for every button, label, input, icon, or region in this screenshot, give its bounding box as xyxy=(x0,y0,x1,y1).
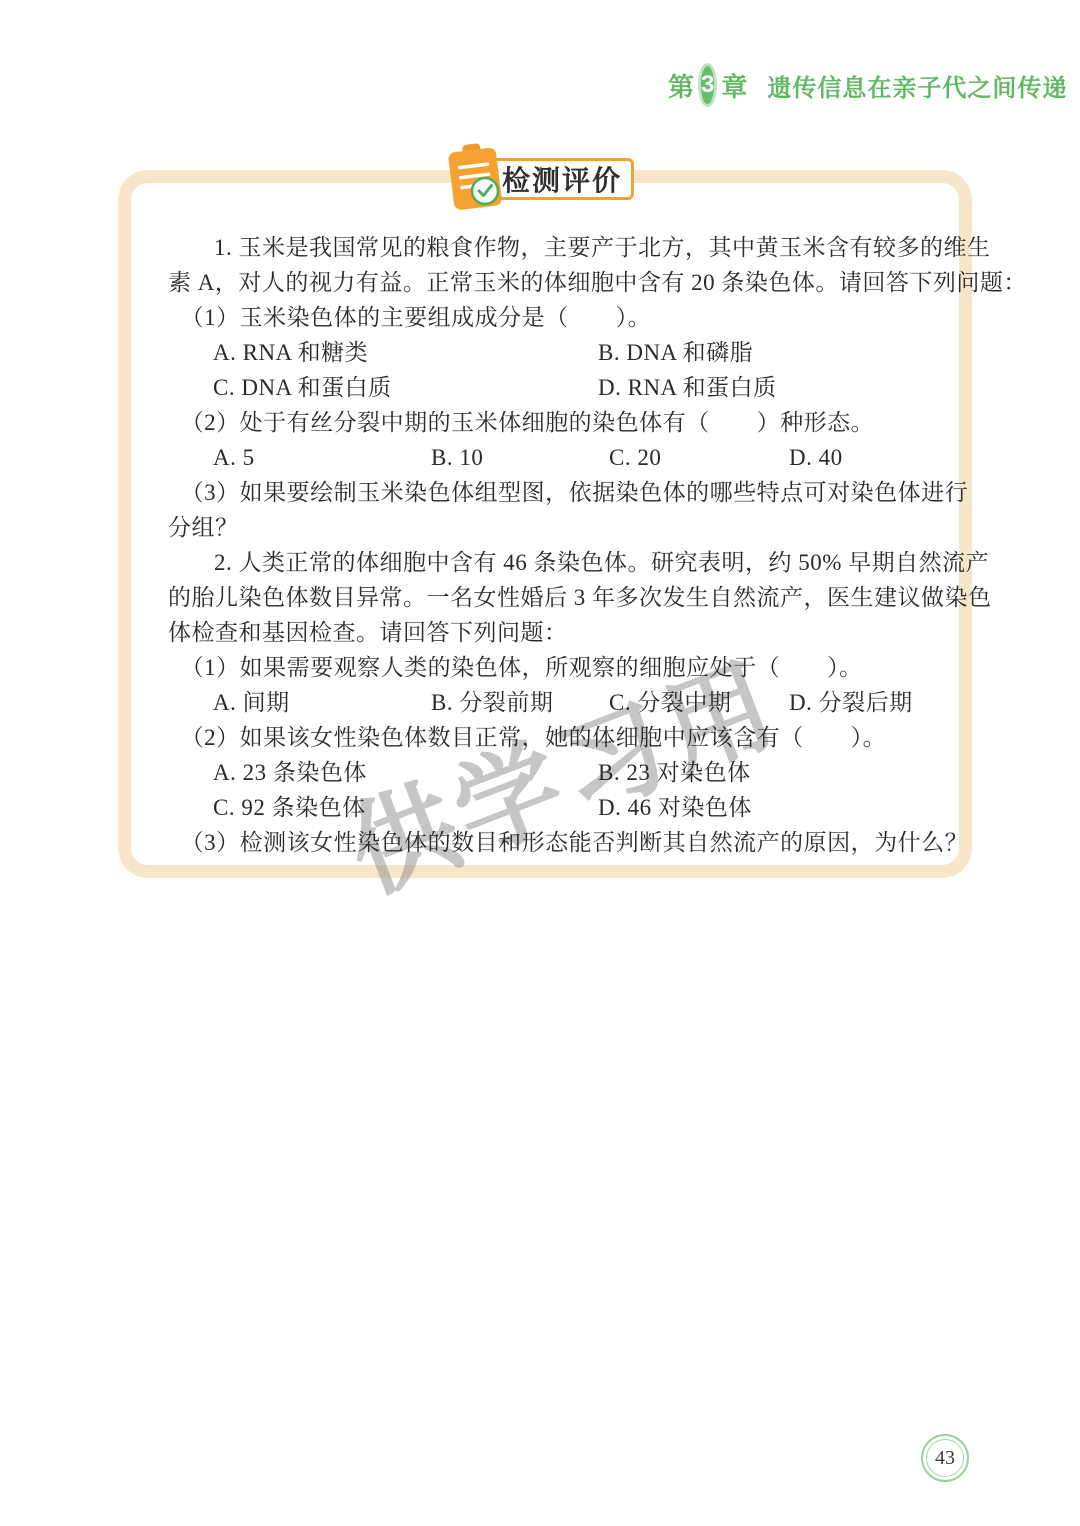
question-line: （2）如果该女性染色体数目正常，她的体细胞中应该含有（ ）。 xyxy=(168,720,940,755)
option: B. 10 xyxy=(431,440,609,475)
option: C. 92 条染色体 xyxy=(213,790,598,825)
question-line: （1）如果需要观察人类的染色体，所观察的细胞应处于（ ）。 xyxy=(168,650,940,685)
options-row: A. 间期 B. 分裂前期 C. 分裂中期 D. 分裂后期 xyxy=(213,685,940,720)
option: A. 23 条染色体 xyxy=(213,755,598,790)
options-row: A. RNA 和糖类 B. DNA 和磷脂 xyxy=(213,335,940,370)
options-row: A. 23 条染色体 B. 23 对染色体 xyxy=(213,755,940,790)
option: C. 分裂中期 xyxy=(609,685,789,720)
option: B. 23 对染色体 xyxy=(598,755,751,790)
options-row: A. 5 B. 10 C. 20 D. 40 xyxy=(213,440,940,475)
options-row: C. 92 条染色体 D. 46 对染色体 xyxy=(213,790,940,825)
option: B. DNA 和磷脂 xyxy=(598,335,753,370)
exercise-content: 1. 玉米是我国常见的粮食作物，主要产于北方，其中黄玉米含有较多的维生 素 A，… xyxy=(168,230,940,860)
question-line: （3）如果要绘制玉米染色体组型图，依据染色体的哪些特点可对染色体进行 xyxy=(168,475,940,510)
option: D. 40 xyxy=(789,440,843,475)
check-icon xyxy=(472,178,498,204)
page-number: 43 xyxy=(926,1439,964,1477)
option: D. RNA 和蛋白质 xyxy=(598,370,777,405)
option: D. 分裂后期 xyxy=(789,685,913,720)
text-line: 分组？ xyxy=(168,510,940,545)
page-number-badge: 43 xyxy=(921,1434,969,1482)
question-line: （3）检测该女性染色体的数目和形态能否判断其自然流产的原因，为什么？ xyxy=(168,825,940,860)
chapter-number-badge: 3 xyxy=(701,66,714,104)
option: A. 5 xyxy=(213,440,431,475)
text-line: 2. 人类正常的体细胞中含有 46 条染色体。研究表明，约 50% 早期自然流产 xyxy=(168,545,940,580)
chapter-title: 遗传信息在亲子代之间传递 xyxy=(767,68,1067,103)
option: C. DNA 和蛋白质 xyxy=(213,370,598,405)
text-line: 1. 玉米是我国常见的粮食作物，主要产于北方，其中黄玉米含有较多的维生 xyxy=(168,230,940,265)
text-line: 的胎儿染色体数目异常。一名女性婚后 3 年多次发生自然流产，医生建议做染色 xyxy=(168,580,940,615)
textbook-page: 第 3 章 遗传信息在亲子代之间传递 检测评价 供学习用 1. xyxy=(0,0,1080,1526)
option: B. 分裂前期 xyxy=(431,685,609,720)
text-line: 体检查和基因检查。请回答下列问题： xyxy=(168,615,940,650)
text-line: 素 A，对人的视力有益。正常玉米的体细胞中含有 20 条染色体。请回答下列问题： xyxy=(168,265,940,300)
question-line: （1）玉米染色体的主要组成成分是（ ）。 xyxy=(168,300,940,335)
chapter-prefix: 第 xyxy=(668,67,694,104)
question-line: （2）处于有丝分裂中期的玉米体细胞的染色体有（ ）种形态。 xyxy=(168,405,940,440)
option: D. 46 对染色体 xyxy=(598,790,752,825)
chapter-suffix: 章 xyxy=(721,67,747,104)
clipboard-icon xyxy=(446,142,518,218)
option: A. 间期 xyxy=(213,685,431,720)
option: A. RNA 和糖类 xyxy=(213,335,598,370)
options-row: C. DNA 和蛋白质 D. RNA 和蛋白质 xyxy=(213,370,940,405)
option: C. 20 xyxy=(609,440,789,475)
chapter-header: 第 3 章 遗传信息在亲子代之间传递 xyxy=(668,63,1080,107)
